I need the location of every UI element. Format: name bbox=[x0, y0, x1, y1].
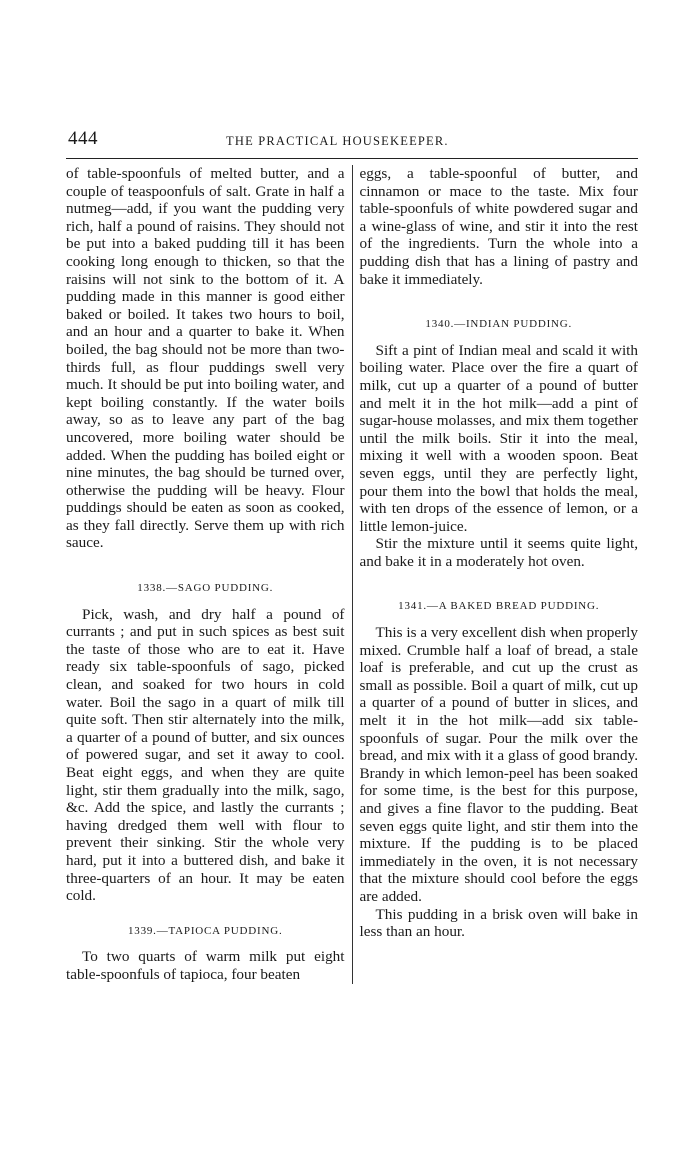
left-column: of table-spoonfuls of melted butter, and… bbox=[66, 165, 353, 984]
book-page: 444 THE PRACTICAL HOUSEKEEPER. of table-… bbox=[66, 128, 638, 984]
text-columns: of table-spoonfuls of melted butter, and… bbox=[66, 165, 638, 984]
recipe-heading-tapioca-pudding: 1339.—TAPIOCA PUDDING. bbox=[66, 923, 345, 941]
recipe-paragraph: Stir the mixture until it seems quite li… bbox=[360, 535, 639, 570]
right-column: eggs, a table-spoonful of butter, and ci… bbox=[353, 165, 639, 984]
recipe-heading-baked-bread-pudding: 1341.—A BAKED BREAD PUDDING. bbox=[360, 598, 639, 616]
continuation-paragraph: eggs, a table-spoonful of butter, and ci… bbox=[360, 165, 639, 288]
recipe-paragraph: To two quarts of warm milk put eight tab… bbox=[66, 948, 345, 983]
recipe-heading-indian-pudding: 1340.—INDIAN PUDDING. bbox=[360, 316, 639, 334]
running-head: 444 THE PRACTICAL HOUSEKEEPER. bbox=[66, 128, 638, 159]
continuation-paragraph: of table-spoonfuls of melted butter, and… bbox=[66, 165, 345, 552]
recipe-paragraph: This is a very excellent dish when prope… bbox=[360, 624, 639, 906]
recipe-heading-sago-pudding: 1338.—SAGO PUDDING. bbox=[66, 580, 345, 598]
recipe-paragraph: This pudding in a brisk oven will bake i… bbox=[360, 906, 639, 941]
page-number: 444 bbox=[68, 128, 98, 150]
recipe-paragraph: Sift a pint of Indian meal and scald it … bbox=[360, 342, 639, 536]
book-title: THE PRACTICAL HOUSEKEEPER. bbox=[226, 134, 449, 149]
recipe-paragraph: Pick, wash, and dry half a pound of curr… bbox=[66, 606, 345, 905]
